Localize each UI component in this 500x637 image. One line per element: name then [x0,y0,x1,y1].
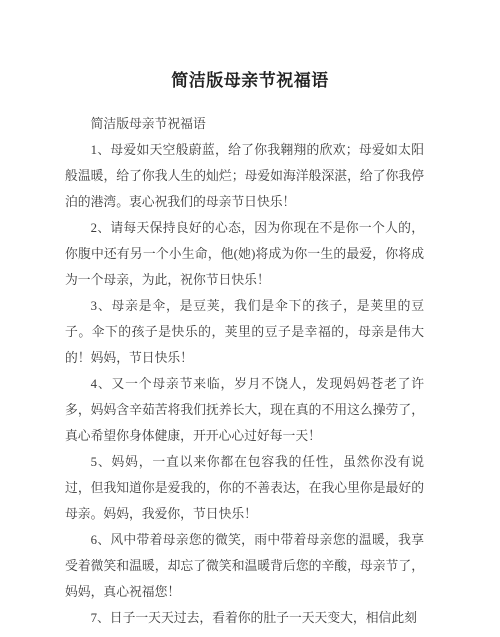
paragraph-5: 5、妈妈，一直以来你都在包容我的任性，虽然你没有说过，但我知道你是爱我的，你的不… [65,449,424,527]
document-title: 简洁版母亲节祝福语 [0,68,500,94]
paragraph-1: 1、母爱如天空般蔚蓝，给了你我翱翔的欣欢；母爱如太阳般温暖，给了你我人生的灿烂；… [65,137,424,215]
paragraph-4: 4、又一个母亲节来临，岁月不饶人，发现妈妈苍老了许多，妈妈含辛茹苦将我们抚养长大… [65,371,424,449]
document-page: 简洁版母亲节祝福语 简洁版母亲节祝福语 1、母爱如天空般蔚蓝，给了你我翱翔的欣欢… [0,0,500,637]
paragraph-subtitle: 简洁版母亲节祝福语 [65,111,424,137]
paragraph-7: 7、日子一天天过去，看着你的肚子一天天变大，相信此刻 [65,605,424,631]
paragraph-6: 6、风中带着母亲您的微笑，雨中带着母亲您的温暖，我享受着微笑和温暖，却忘了微笑和… [65,527,424,605]
paragraph-2: 2、请每天保持良好的心态，因为你现在不是你一个人的，你腹中还有另一个小生命，他(… [65,215,424,293]
document-body: 简洁版母亲节祝福语 1、母爱如天空般蔚蓝，给了你我翱翔的欣欢；母爱如太阳般温暖，… [65,111,424,631]
paragraph-3: 3、母亲是伞，是豆荚，我们是伞下的孩子，是荚里的豆子。伞下的孩子是快乐的，荚里的… [65,293,424,371]
